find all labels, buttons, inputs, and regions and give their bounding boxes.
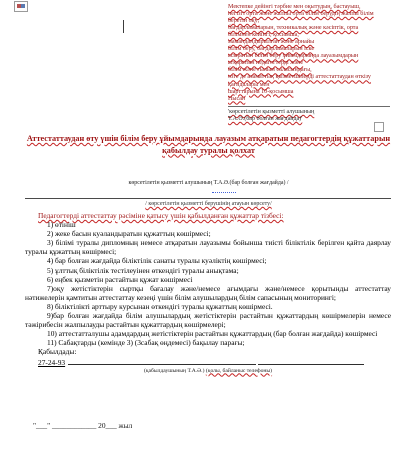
acceptance-line: 27-24-93 xyxy=(38,357,391,367)
date-line: "___" ____________ 20___ жыл xyxy=(25,421,392,430)
document-page: Мектепке дейінгі тәрбие мен оқытудың, ба… xyxy=(0,0,397,450)
signature-caption-contact: (қолы, байланыс телефоны) xyxy=(206,368,272,374)
annex-divider xyxy=(228,106,390,107)
annex-caption-line: 'көрсетілетін қызметті алушының xyxy=(228,109,394,116)
blank-fill-line-2 xyxy=(258,357,364,365)
annex-line: өзге де азаматтық қызметшілерді аттестат… xyxy=(228,74,394,81)
annex-caption: 'көрсетілетін қызметті алушыныңТ.А.Ә.(ба… xyxy=(228,109,394,123)
signature-caption-name: (қабылдаушының Т.А.Ә.) xyxy=(144,368,205,374)
checklist-item: 9)бар болған жағдайда білім алушылардың … xyxy=(25,311,391,329)
broken-image-glyph xyxy=(17,4,21,8)
document-title: Аттестаттаудан өту үшін білім беру ұйымд… xyxy=(25,133,392,156)
checklist-item: 4) бар болған жағдайда біліктілік санаты… xyxy=(25,256,391,265)
grammar-check-mark xyxy=(212,189,236,193)
blank-fill-line xyxy=(68,357,256,365)
signature-rule xyxy=(25,198,391,199)
annex-line: шарттарына 10-қосымша xyxy=(228,89,394,96)
annex-line: қағидалары мен xyxy=(228,82,394,89)
broken-image-icon xyxy=(14,1,28,12)
checklist: 1) өтініш2) жеке басын куәландыратын құж… xyxy=(25,220,391,347)
checklist-item: 6) еңбек қызметін растайтын құжат көшірм… xyxy=(25,275,391,284)
annex-line: Нысан xyxy=(228,96,394,103)
checklist-item: 5) ұлттық біліктілік тестілеуінен өткенд… xyxy=(25,266,391,275)
checklist-item: 7)оқу жетістіктерін сыртқы бағалау және/… xyxy=(25,284,391,302)
checklist-item: 8) біліктілікті арттыру курсынан өткенді… xyxy=(25,302,391,311)
annex-caption-line: Т.А.Ә.(бар болған жағдайда)' xyxy=(228,116,394,123)
checklist-item: 3) білімі туралы дипломның немесе атқара… xyxy=(25,238,391,256)
annex-line: Мектепке дейінгі тәрбие мен оқытудың, ба… xyxy=(228,4,394,11)
phone-number: 27-24-93 xyxy=(38,358,65,367)
checklist-item: 2) жеке басын куәландыратын құжаттың көш… xyxy=(25,229,391,238)
annex-reference-block: Мектепке дейінгі тәрбие мен оқытудың, ба… xyxy=(228,4,394,103)
checklist-item: 10) аттестатталушы адамдардың жетістікте… xyxy=(25,329,391,338)
checklist-intro: Педагогтерді аттестаттау рәсіміне қатысу… xyxy=(25,211,391,220)
accepted-label: Қабылдады: xyxy=(25,347,391,356)
annex-line: білім және ғылым саласындағы, xyxy=(228,67,394,74)
annex-line: асыратын білім беру ұйымдарында лауазымд… xyxy=(228,53,394,60)
text-cursor xyxy=(123,20,124,33)
signature-caption: (қабылдаушының Т.А.Ә.) (қолы, байланыс т… xyxy=(25,368,391,375)
recipient-name-caption: көрсетілетін қызметті алушының Т.А.Ә.(ба… xyxy=(25,180,392,186)
checklist-item: 1) өтініш xyxy=(25,220,391,229)
service-provider-caption: / көрсетілетін қызметті берушінің атауын… xyxy=(25,201,392,207)
checklist-item: 11) Сабақтарды (кемінде 3) (3сабақ өңдем… xyxy=(25,338,391,347)
document-body: Педагогтерді аттестаттау рәсіміне қатысу… xyxy=(25,211,391,375)
empty-checkbox[interactable] xyxy=(374,122,384,132)
